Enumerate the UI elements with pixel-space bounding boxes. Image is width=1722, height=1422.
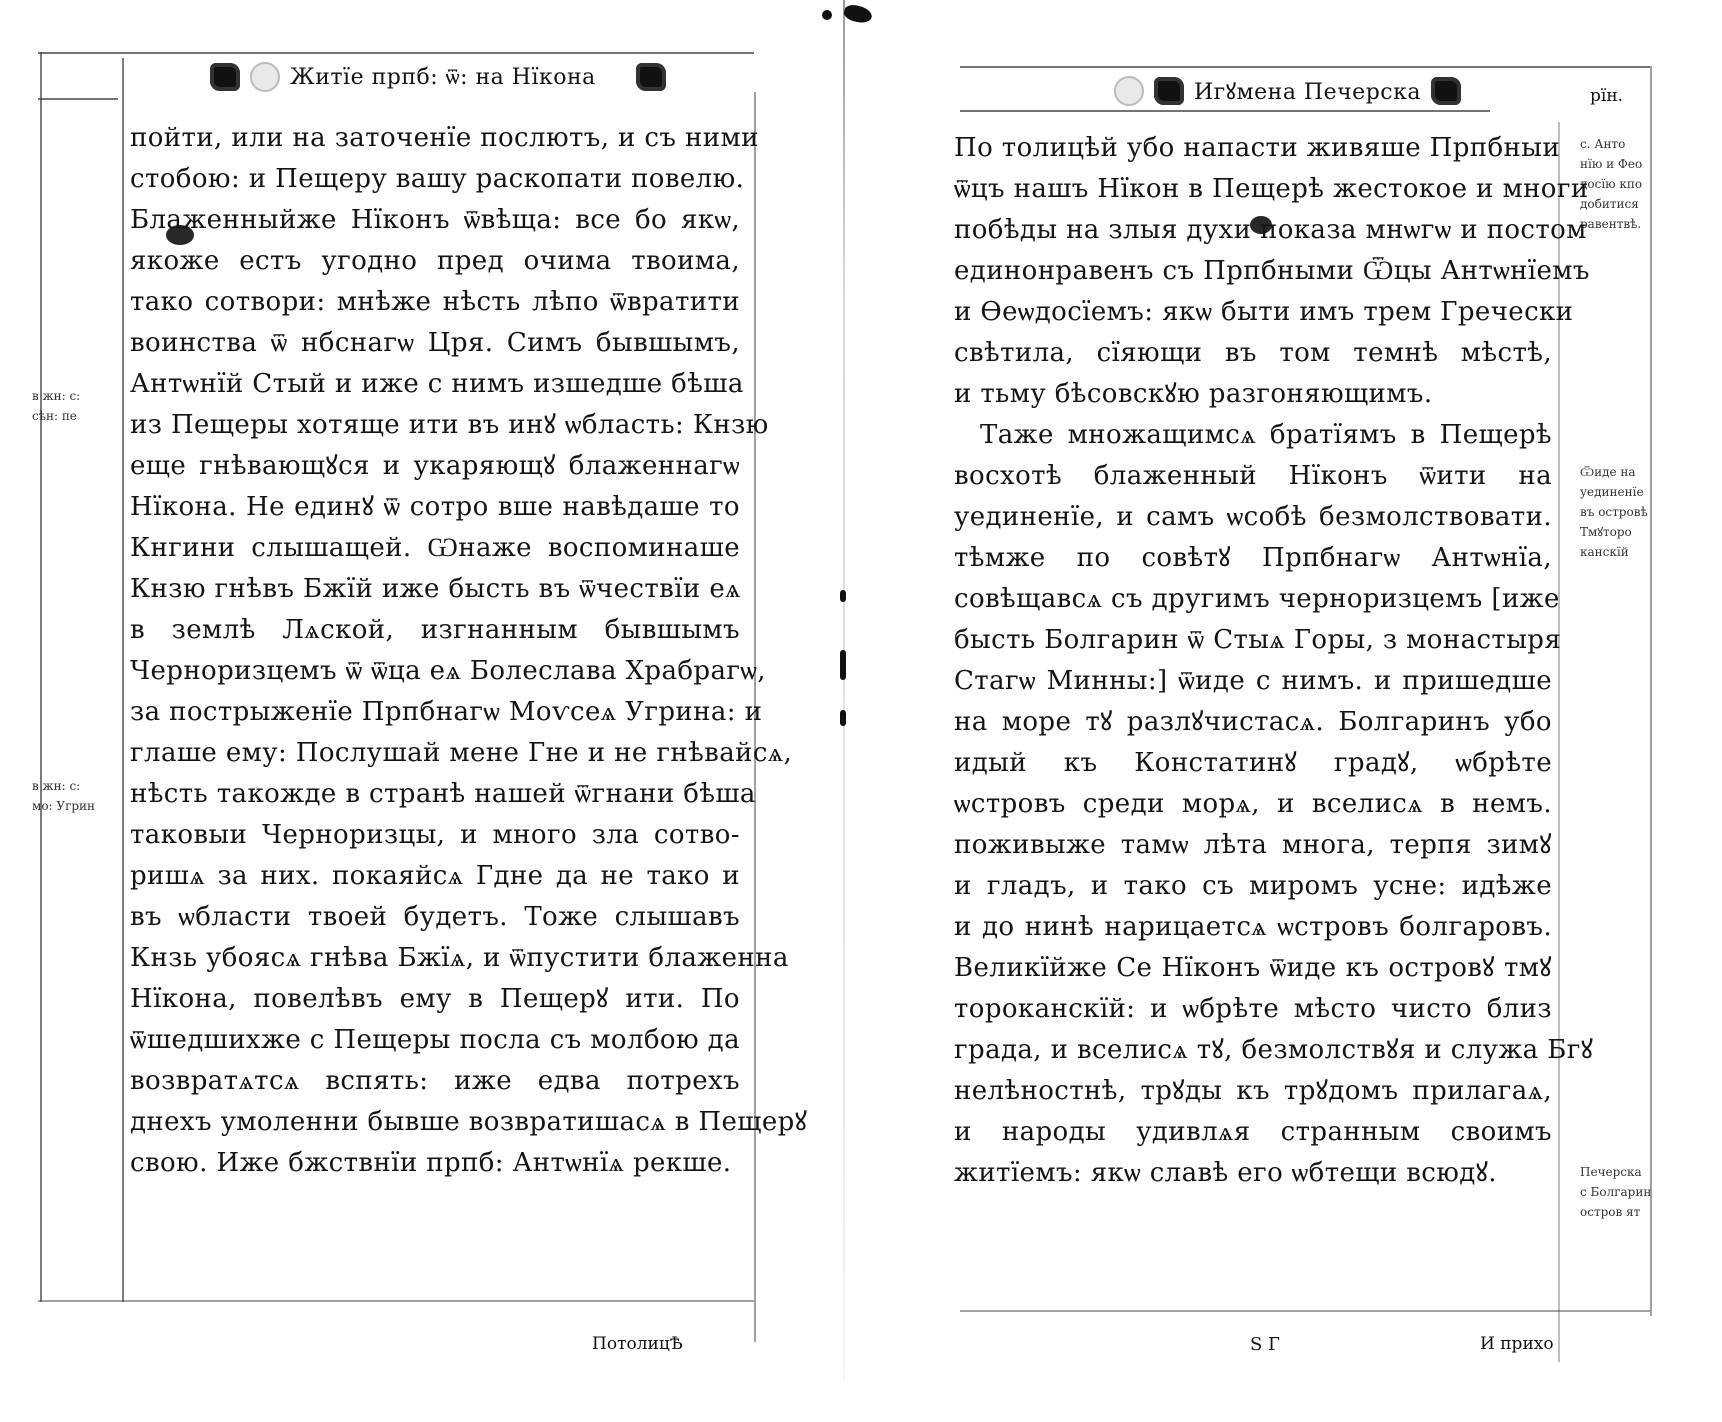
ink-mark-icon [822,6,882,24]
text-line: бысть Болгарин ѿ Стыѧ Горы, з монастыря [954,620,1552,661]
ornament-icon [210,63,240,91]
margin-note: Печерска с Болгарин остров ят [1580,1162,1651,1222]
ornament-icon [1114,76,1144,106]
text-line: воинства ѿ нбснагѡ Цря. Симъ бывшымъ, [130,323,740,364]
head-rule [960,110,1490,112]
outer-margin-rule [1650,66,1652,1316]
text-line: и тьму бѣсовскꙋю разгоняющимъ. [954,374,1552,415]
catchword: И прихо [1480,1334,1554,1354]
margin-note: с. Анто нїю и Фео досїю кпо добитися рав… [1580,134,1642,234]
ornament-icon [250,62,280,92]
main-text: пойти, или на заточенїе послютъ, и съ ни… [130,118,740,1184]
text-line: идый къ Констатинꙋ градꙋ, ѡбрѣте [954,743,1552,784]
text-line: въ ѡбласти твоей будетъ. Тоже слышавъ [130,897,740,938]
text-line: и народы удивлѧя странным своимъ [954,1112,1552,1153]
text-line: Черноризцемъ ѿ ѿца еѧ Болеслава Храбрагѡ… [130,651,740,692]
top-rule [38,52,754,54]
text-line: и Ѳеѡдосїемъ: якѡ быти имъ трем Гречески [954,292,1552,333]
text-line: Кнгини слышащей. Ѡнаже воспоминаше [130,528,740,569]
text-line: единонравенъ съ Прпбными Ѿцы Антѡнїемъ [954,251,1552,292]
text-line: ѡстровъ среди морѧ, и вселисѧ в немъ. [954,784,1552,825]
text-line: Стагѡ Минны:] ѿиде с нимъ. и пришедше [954,661,1552,702]
text-line: тѣмже по совѣтꙋ Прпбнагѡ Антѡнїа, [954,538,1552,579]
left-page: Житїе прпб: ѿ: на Нїкона в жн: с: сѣн: п… [38,52,758,1342]
bottom-rule [960,1310,1650,1312]
text-line: тако сотвори: мнѣже нѣсть лѣпо ѿвратити [130,282,740,323]
text-line: града, и вселисѧ тꙋ, безмолствꙋя и служа… [954,1030,1552,1071]
ornament-icon [1431,77,1461,105]
text-line: Таже множащимсѧ братїямъ в Пещерѣ [954,415,1552,456]
text-line: свѣтила, сїяющи въ том темнѣ мѣстѣ, [954,333,1552,374]
running-head: Игꙋмена Печерска [1114,76,1461,106]
right-page: Игꙋмена Печерска рїн. с. Анто нїю и Фео … [960,62,1660,1352]
text-line: Нїкона, повелѣвъ ему в Пещерꙋ ити. По [130,979,740,1020]
text-line: пойти, или на заточенїе послютъ, и съ ни… [130,118,740,159]
folio-number: рїн. [1590,86,1623,106]
text-line: Антѡнїй Стый и иже с нимъ изшедше бѣша [130,364,740,405]
text-line: на море тꙋ разлꙋчистасѧ. Болгаринъ убо [954,702,1552,743]
margin-note: в жн: с: сѣн: пе [32,386,80,426]
text-line: поживыже тамѡ лѣта многа, терпя зимꙋ [954,825,1552,866]
top-rule [960,66,1650,68]
text-line: ѿшедшихже с Пещеры посла съ молбою да [130,1020,740,1061]
ornament-icon [1154,77,1184,105]
text-line: из Пещеры хотяще ити въ инꙋ ѡбласть: Кнз… [130,405,740,446]
running-head: Житїе прпб: ѿ: на Нїкона [210,62,666,92]
ornament-icon [636,63,666,91]
text-line: возвратѧтсѧ вспять: иже едва потрехъ [130,1061,740,1102]
text-line: стобою: и Пещеру вашу раскопати повелю. [130,159,740,200]
text-line: восхотѣ блаженный Нїконъ ѿити на [954,456,1552,497]
margin-note: Ѿиде на уединенїе въ островѣ Тмꙋторо кан… [1580,462,1648,562]
text-line: тороканскїй: и ѡбрѣте мѣсто чисто близ [954,989,1552,1030]
text-line: за пострыженїе Прпбнагѡ Моѵсеѧ Угрина: и [130,692,740,733]
text-line: ришѧ за них. покаяйсѧ Гдне да не тако и [130,856,740,897]
text-line: и до нинѣ нарицаетсѧ ѡстровъ болгаровъ. [954,907,1552,948]
margin-rule [38,98,118,100]
bottom-rule [38,1300,754,1302]
margin-note: в жн: с: мо: Угрин [32,776,95,816]
text-line: Блаженныйже Нїконъ ѿвѣща: все бо якѡ, [130,200,740,241]
text-line: якоже естъ угодно пред очима твоима, [130,241,740,282]
text-line: таковыи Черноризцы, и много зла сотво- [130,815,740,856]
text-line: Кнзю гнѣвъ Бжїй иже бысть въ ѿчествїи еѧ [130,569,740,610]
manuscript-spread: Житїе прпб: ѿ: на Нїкона в жн: с: сѣн: п… [0,0,1722,1422]
text-line: в землѣ Лѧской, изгнанным бывшымъ [130,610,740,651]
outer-margin-rule [40,52,42,1302]
text-line: нѣсть такожде в странѣ нашей ѿгнани бѣша [130,774,740,815]
text-line: ѿцъ нашъ Нїкон в Пещерѣ жестокое и многи [954,169,1552,210]
text-line: еще гнѣвающꙋся и укаряющꙋ блаженнагѡ [130,446,740,487]
text-line: житїемъ: якѡ славѣ его ѡбтещи всюдꙋ. [954,1153,1552,1194]
text-line: совѣщавсѧ съ другимъ черноризцемъ [иже [954,579,1552,620]
text-line: свою. Иже бжствнїи прпб: Антѡнїѧ рекше. [130,1143,740,1184]
text-line: По толицѣй убо напасти живяше Прпбныи [954,128,1552,169]
quire-signature: Ѕ Г [1250,1334,1280,1355]
main-text: По толицѣй убо напасти живяше Прпбныиѿцъ… [954,128,1552,1194]
binding-stitch-marks [837,590,851,740]
text-line: нелѣностнѣ, трꙋды къ трꙋдомъ прилагаѧ, [954,1071,1552,1112]
inner-margin-rule [122,58,124,1302]
running-head-title: Игꙋмена Печерска [1194,76,1421,106]
text-line: днехъ умоленни бывше возвратишасѧ в Пеще… [130,1102,740,1143]
text-line: побѣды на злыя духи показа мнѡгѡ и посто… [954,210,1552,251]
text-line: Нїкона. Не единꙋ ѿ сотро вше навѣдаше то [130,487,740,528]
text-line: Кнзь убоясѧ гнѣва Бжїѧ, и ѿпустити блаже… [130,938,740,979]
text-line: и гладъ, и тако съ миромъ усне: идѣже [954,866,1552,907]
text-line: глаше ему: Послушай мене Гне и не гнѣвай… [130,733,740,774]
text-line: уединенїе, и самъ ѡсобѣ безмолствовати. [954,497,1552,538]
text-line: Великїйже Се Нїконъ ѿиде къ островꙋ тмꙋ [954,948,1552,989]
catchword: ПотолицѢ [592,1334,683,1354]
running-head-title: Житїе прпб: ѿ: на Нїкона [290,64,596,90]
